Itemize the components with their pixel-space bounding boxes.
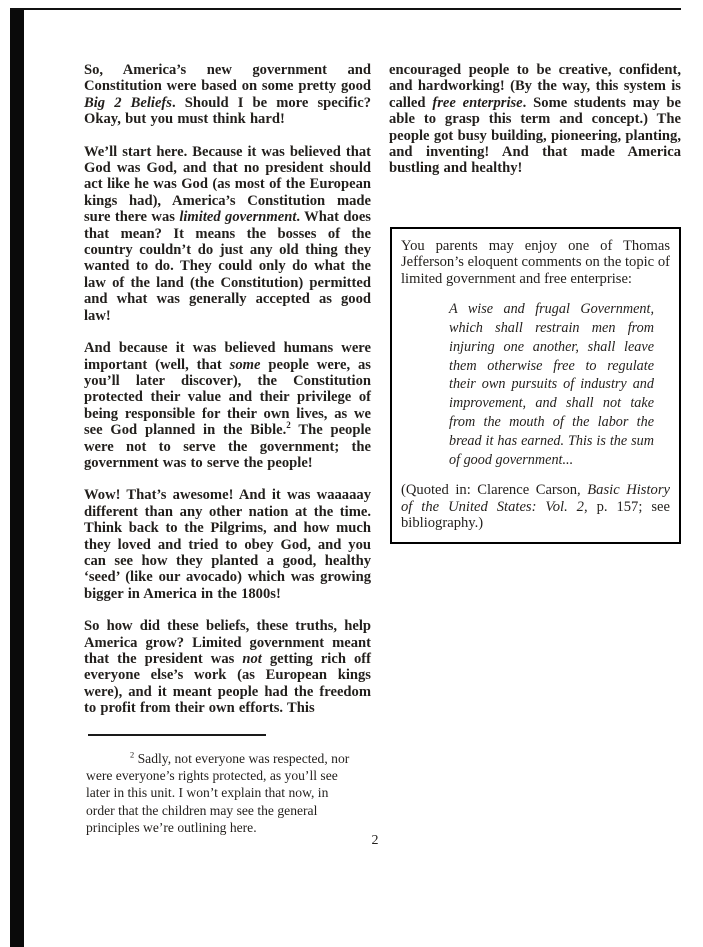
- footnote-marker: 2: [130, 749, 134, 759]
- paragraph: We’ll start here. Because it was believe…: [84, 144, 371, 324]
- scan-edge-artifact-top: [10, 8, 681, 10]
- paragraph: Wow! That’s awesome! And it was waaaaay …: [84, 487, 371, 602]
- scanned-document-page: So, America’s new government and Constit…: [0, 0, 703, 947]
- paragraph: So how did these beliefs, these truths, …: [84, 618, 371, 716]
- jefferson-quote-box: You parents may enjoy one of Thomas Jeff…: [390, 227, 681, 544]
- paragraph: And because it was believed humans were …: [84, 340, 371, 471]
- footnote: 2 Sadly, not everyone was respected, nor…: [86, 750, 358, 836]
- left-column: So, America’s new government and Constit…: [84, 62, 371, 717]
- footnote-separator: [88, 734, 266, 736]
- quote-attribution: (Quoted in: Clarence Carson, Basic Histo…: [401, 482, 670, 531]
- quote-box-intro: You parents may enjoy one of Thomas Jeff…: [401, 238, 670, 287]
- paragraph: encouraged people to be creative, confid…: [389, 62, 681, 177]
- footnote-text: Sadly, not everyone was respected, nor w…: [86, 751, 349, 835]
- page-number: 2: [340, 833, 410, 849]
- jefferson-quote: A wise and frugal Government, which shal…: [449, 300, 654, 469]
- paragraph: So, America’s new government and Constit…: [84, 62, 371, 128]
- scan-edge-artifact-left: [10, 8, 24, 947]
- right-column: encouraged people to be creative, confid…: [389, 62, 681, 177]
